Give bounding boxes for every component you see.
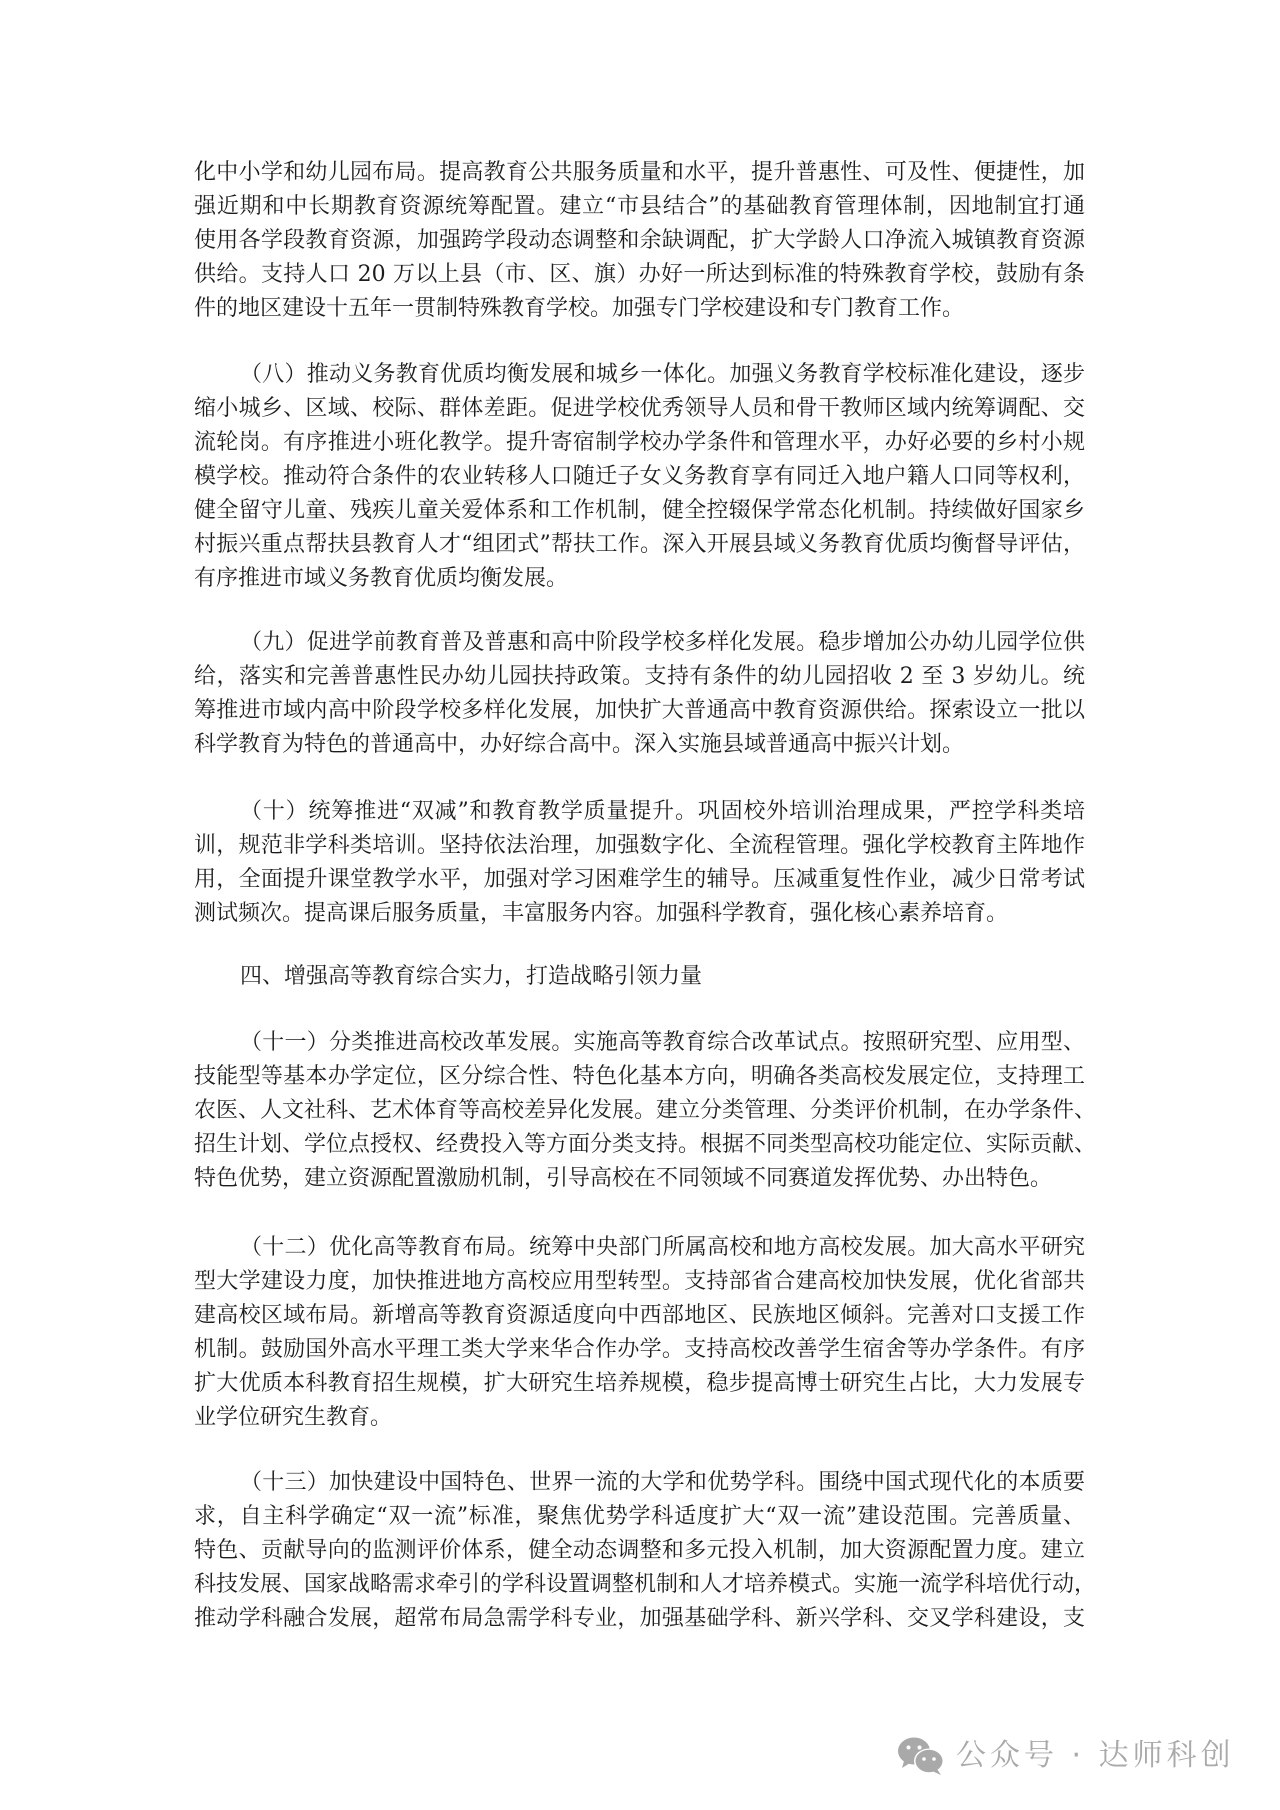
text-line: （九）促进学前教育普及普惠和高中阶段学校多样化发展。稳步增加公办幼儿园学位供	[240, 626, 1085, 660]
text-line: 招生计划、学位点授权、经费投入等方面分类支持。根据不同类型高校功能定位、实际贡献…	[194, 1128, 1085, 1162]
text-line: （十）统筹推进“双减”和教育教学质量提升。巩固校外培训治理成果，严控学科类培	[240, 795, 1085, 829]
text-line: （十三）加快建设中国特色、世界一流的大学和优势学科。围绕中国式现代化的本质要	[240, 1466, 1085, 1500]
text-line: 给，落实和完善普惠性民办幼儿园扶持政策。支持有条件的幼儿园招收 2 至 3 岁幼…	[194, 660, 1085, 694]
document-page: 化中小学和幼儿园布局。提高教育公共服务质量和水平，提升普惠性、可及性、便捷性，加…	[0, 0, 1280, 1810]
text-line: （八）推动义务教育优质均衡发展和城乡一体化。加强义务教育学校标准化建设，逐步	[240, 358, 1085, 392]
text-line: 使用各学段教育资源，加强跨学段动态调整和余缺调配，扩大学龄人口净流入城镇教育资源	[194, 224, 1085, 258]
text-line: 扩大优质本科教育招生规模，扩大研究生培养规模，稳步提高博士研究生占比，大力发展专	[194, 1367, 1085, 1401]
text-line: 缩小城乡、区域、校际、群体差距。促进学校优秀领导人员和骨干教师区域内统筹调配、交	[194, 392, 1085, 426]
text-line: 筹推进市域内高中阶段学校多样化发展，加快扩大普通高中教育资源供给。探索设立一批以	[194, 694, 1085, 728]
text-line: （十二）优化高等教育布局。统筹中央部门所属高校和地方高校发展。加大高水平研究	[240, 1231, 1085, 1265]
text-line: 供给。支持人口 20 万以上县（市、区、旗）办好一所达到标准的特殊教育学校，鼓励…	[194, 258, 1085, 292]
wechat-icon	[896, 1735, 946, 1777]
text-line: 科技发展、国家战略需求牵引的学科设置调整机制和人才培养模式。实施一流学科培优行动…	[194, 1568, 1085, 1602]
text-line: 测试频次。提高课后服务质量，丰富服务内容。加强科学教育，强化核心素养培育。	[194, 897, 1085, 931]
text-line: 科学教育为特色的普通高中，办好综合高中。深入实施县域普通高中振兴计划。	[194, 728, 1085, 762]
text-line: 特色优势，建立资源配置激励机制，引导高校在不同领域不同赛道发挥优势、办出特色。	[194, 1162, 1085, 1196]
text-line: 用，全面提升课堂教学水平，加强对学习困难学生的辅导。压减重复性作业，减少日常考试	[194, 863, 1085, 897]
text-line: 化中小学和幼儿园布局。提高教育公共服务质量和水平，提升普惠性、可及性、便捷性，加	[194, 156, 1085, 190]
text-line: （十一）分类推进高校改革发展。实施高等教育综合改革试点。按照研究型、应用型、	[240, 1026, 1085, 1060]
text-line: 健全留守儿童、残疾儿童关爱体系和工作机制，健全控辍保学常态化机制。持续做好国家乡	[194, 494, 1085, 528]
section-heading: 四、增强高等教育综合实力，打造战略引领力量	[240, 960, 702, 994]
text-line: 流轮岗。有序推进小班化教学。提升寄宿制学校办学条件和管理水平，办好必要的乡村小规	[194, 426, 1085, 460]
text-line: 村振兴重点帮扶县教育人才“组团式”帮扶工作。深入开展县域义务教育优质均衡督导评估…	[194, 528, 1085, 562]
text-line: 建高校区域布局。新增高等教育资源适度向中西部地区、民族地区倾斜。完善对口支援工作	[194, 1299, 1085, 1333]
watermark-text: 公众号 · 达师科创	[956, 1733, 1235, 1779]
text-line: 特色、贡献导向的监测评价体系，健全动态调整和多元投入机制，加大资源配置力度。建立	[194, 1534, 1085, 1568]
text-line: 件的地区建设十五年一贯制特殊教育学校。加强专门学校建设和专门教育工作。	[194, 292, 1085, 326]
text-line: 技能型等基本办学定位，区分综合性、特色化基本方向，明确各类高校发展定位，支持理工	[194, 1060, 1085, 1094]
text-line: 机制。鼓励国外高水平理工类大学来华合作办学。支持高校改善学生宿舍等办学条件。有序	[194, 1333, 1085, 1367]
text-line: 型大学建设力度，加快推进地方高校应用型转型。支持部省合建高校加快发展，优化省部共	[194, 1265, 1085, 1299]
text-line: 业学位研究生教育。	[194, 1401, 1085, 1435]
text-line: 求，自主科学确定“双一流”标准，聚焦优势学科适度扩大“双一流”建设范围。完善质量…	[194, 1500, 1085, 1534]
watermark: 公众号 · 达师科创	[896, 1733, 1235, 1779]
text-line: 农医、人文社科、艺术体育等高校差异化发展。建立分类管理、分类评价机制，在办学条件…	[194, 1094, 1085, 1128]
text-line: 有序推进市域义务教育优质均衡发展。	[194, 562, 1085, 596]
text-line: 推动学科融合发展，超常布局急需学科专业，加强基础学科、新兴学科、交叉学科建设，支	[194, 1602, 1085, 1636]
text-line: 模学校。推动符合条件的农业转移人口随迁子女义务教育享有同迁入地户籍人口同等权利，	[194, 460, 1085, 494]
text-line: 训，规范非学科类培训。坚持依法治理，加强数字化、全流程管理。强化学校教育主阵地作	[194, 829, 1085, 863]
text-line: 强近期和中长期教育资源统筹配置。建立“市县结合”的基础教育管理体制，因地制宜打通	[194, 190, 1085, 224]
